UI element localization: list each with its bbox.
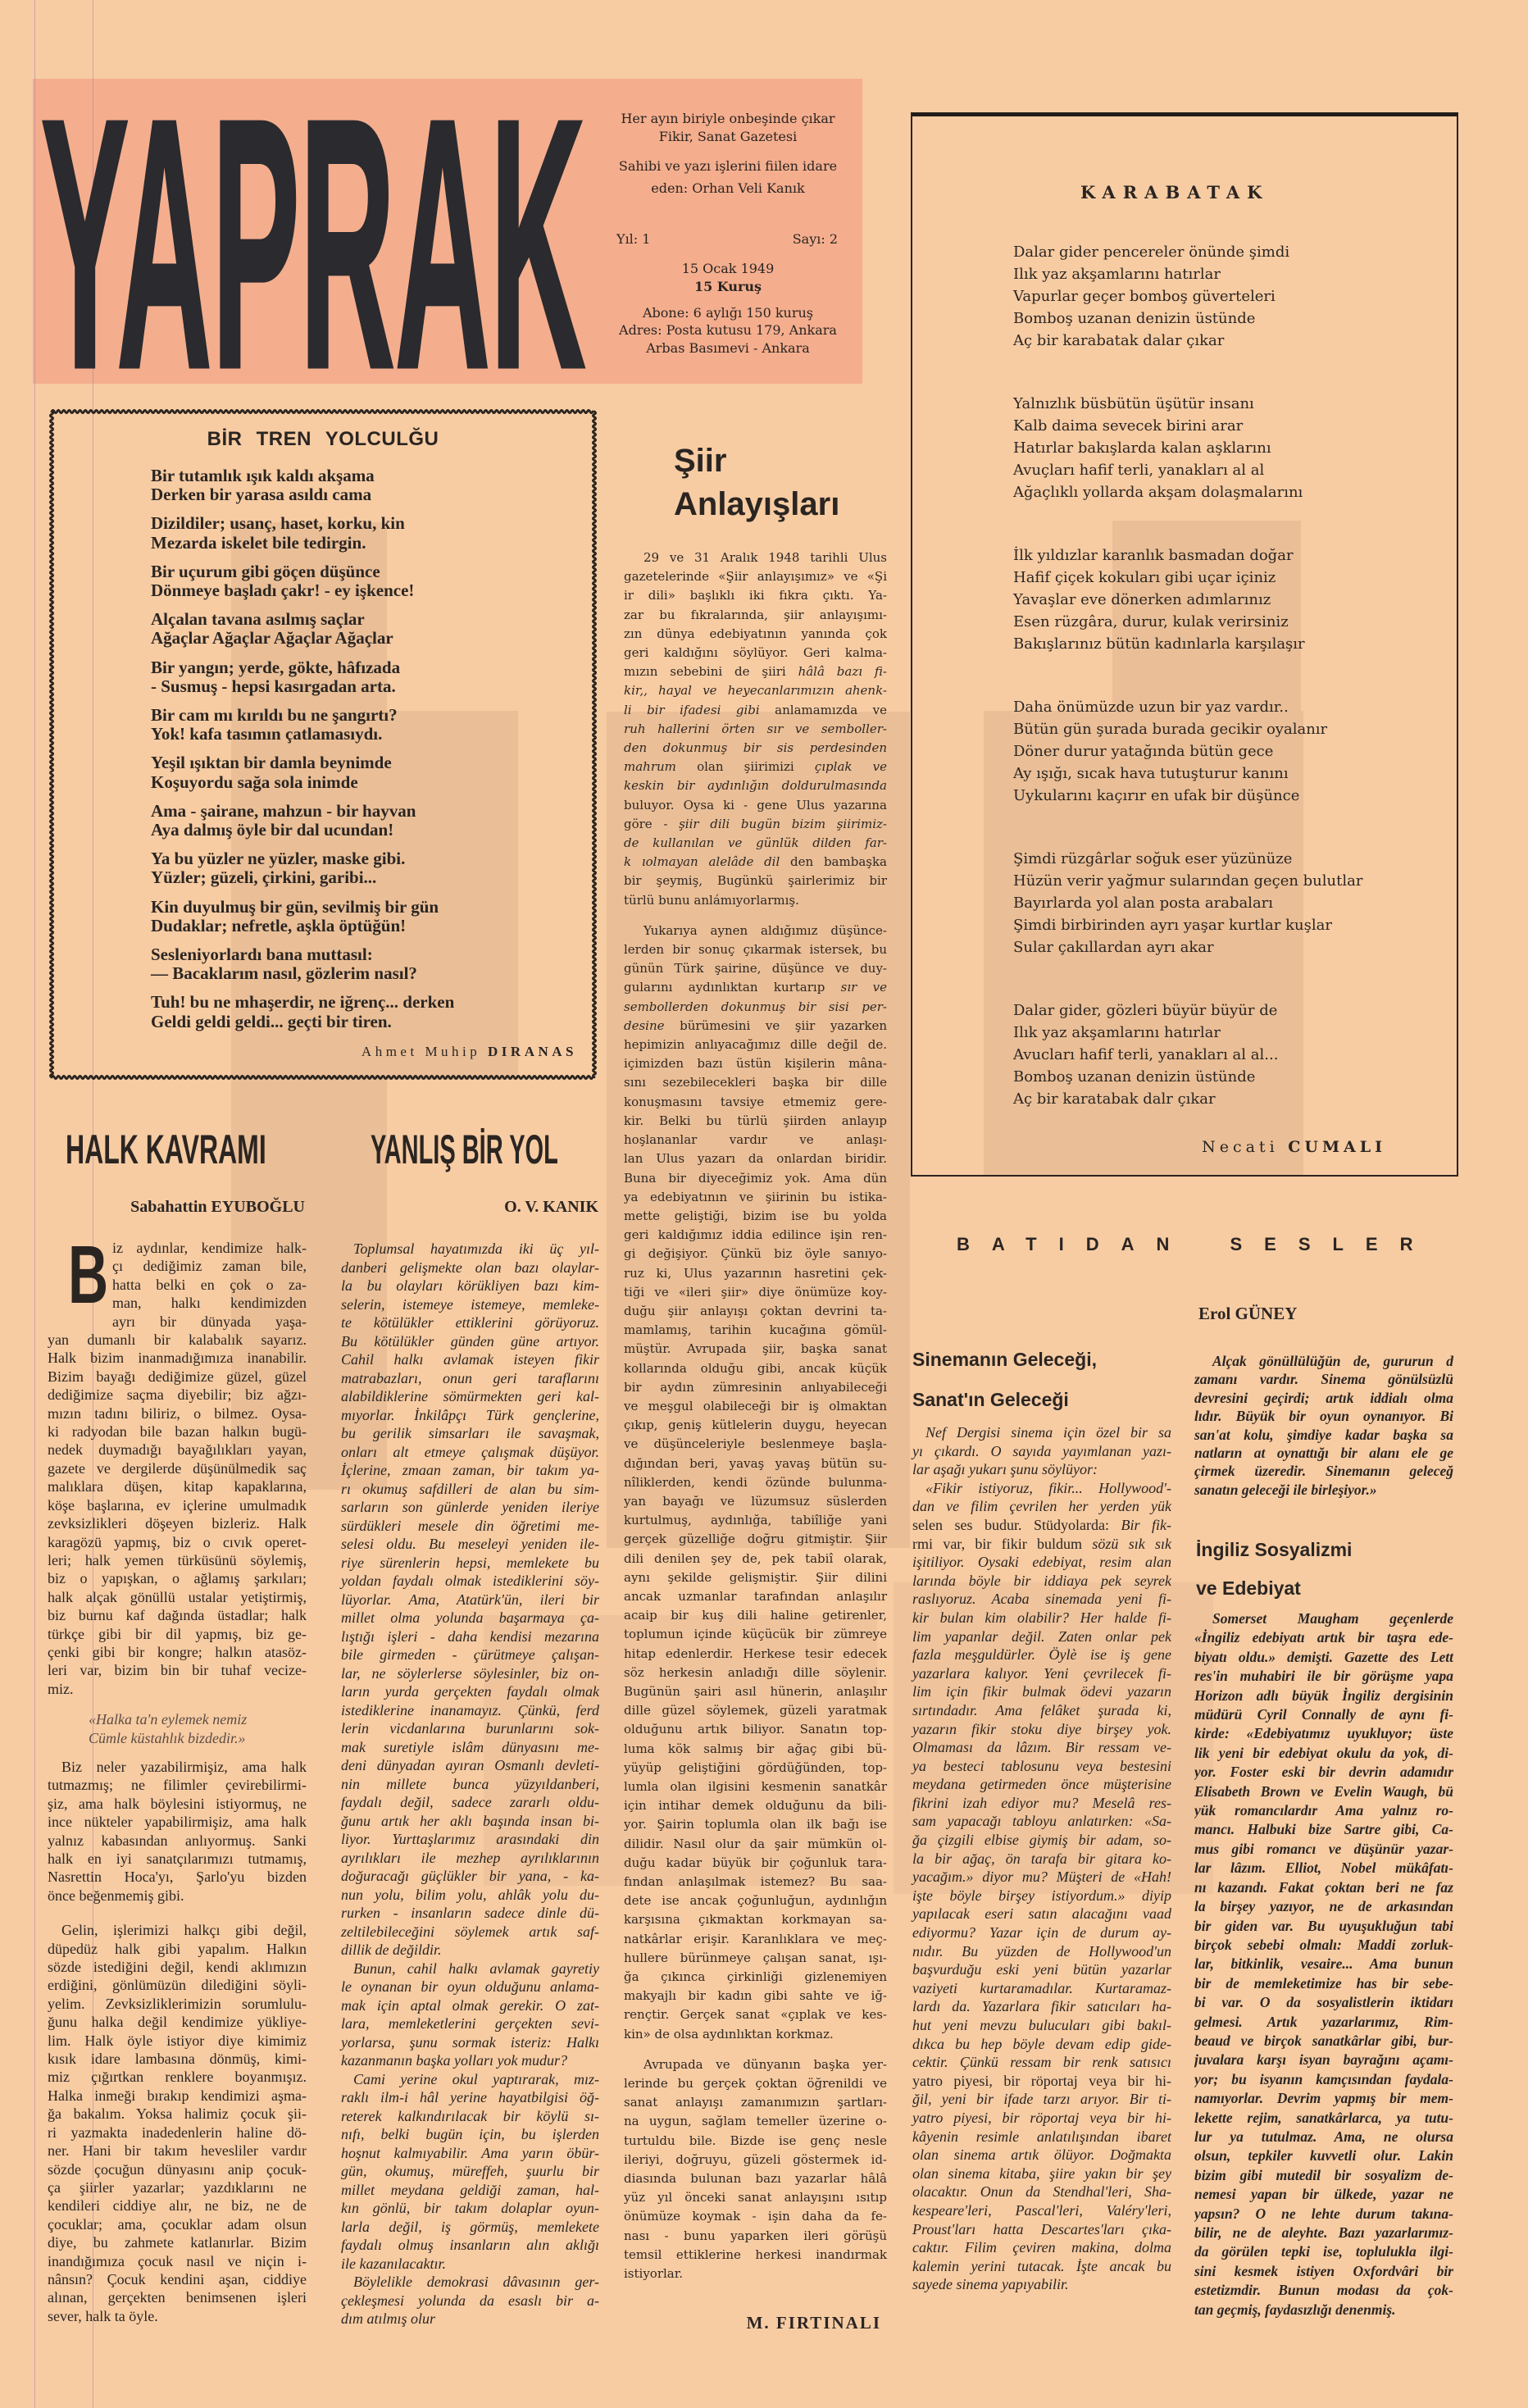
text-line: Nef Dergisi sinema için özel bir sa bbox=[912, 1423, 1171, 1442]
text-line: sini kesmek istiyen Oxfordvâri bir bbox=[1194, 2262, 1453, 2281]
verse-line: Esen rüzgâra, durur, kulak verirsiniz bbox=[1013, 611, 1362, 633]
text-line: ğunu artık her aklı başında insan bi- bbox=[341, 1812, 599, 1831]
text-line: mamlamış, tarihin kucağına gömül- bbox=[624, 1321, 887, 1340]
paragraph: Bunun, cahil halkı avlamak gayretiyle oy… bbox=[341, 1960, 599, 2070]
text-line: selen ses budur. Stüdyolarda: Bir fik- bbox=[912, 1516, 1171, 1535]
masthead-address: Adres: Posta kutusu 179, Ankara bbox=[598, 321, 857, 339]
text-line: hepimizin anlıyacağımız dille değil de. bbox=[624, 1036, 887, 1054]
text-line: mızın tadını biliriz, o bilmez. Oysa- bbox=[48, 1404, 307, 1422]
text-line: dili denilen şey de, pek tabiî olarak, bbox=[624, 1550, 887, 1568]
text-line: yorlarsa, şunu sormak isteriz: Halkı bbox=[341, 2033, 599, 2052]
paragraph: Alçak gönüllülüğün de, gururun dzamanı v… bbox=[1194, 1352, 1453, 1499]
stanza: Sesleniyorlardı bana muttasıl:— Bacaklar… bbox=[151, 945, 454, 984]
text-run: göre - bbox=[624, 817, 679, 831]
text-line: ğa çıkınca çirkinliği gizlenemiyen bbox=[624, 1968, 887, 1987]
text-line: bilir, ne de aleyhte. Bazı yazarlarımız- bbox=[1194, 2224, 1453, 2242]
stanza: Tuh! bu ne mhaşerdir, ne iğrenç... derke… bbox=[151, 993, 454, 1031]
text-line: ğunu halka değil kendimize yükliye- bbox=[48, 2013, 307, 2031]
roman-run: yatro piyesi, bir röportaj veya bir hi- bbox=[912, 2073, 1171, 2089]
text-line: yı çıkardı. O sayıda yayımlanan yazı- bbox=[912, 1442, 1171, 1461]
text-line: acaip bir kuş dili haline getirenler, bbox=[624, 1606, 887, 1625]
text-line: ki radyodan bile bazan halkın bugü- bbox=[48, 1422, 307, 1441]
text-line: gerçek güzelliğe doğru gitmiştir. Şiir bbox=[624, 1530, 887, 1549]
text-line: ner. Hani bir takım hevesliler vardır bbox=[48, 2142, 307, 2160]
text-line: den dokunmuş bir sis perdesinden bbox=[624, 739, 887, 758]
verse-line: Avuçları hafif terli, yanakları al al bbox=[1013, 459, 1362, 481]
text-line: bizim gibi mutedil bir sosyalizm de- bbox=[1194, 2166, 1453, 2185]
text-line: lardı da. Yazarlara fikir satıcıları ha- bbox=[912, 1997, 1171, 2016]
text-line: bir şeymiş, Bugünkü şairlerimiz bir bbox=[624, 872, 887, 890]
text-line: da görülen tepki ise, toplulukla ilgi- bbox=[1194, 2242, 1453, 2261]
text-line: inandığımıza çocuk nasıl ve niçin i- bbox=[48, 2252, 307, 2270]
text-line: işte böyle birşey istiyordum.» diyip bbox=[912, 1887, 1171, 1905]
verse-line: Şimdi rüzgârlar soğuk eser yüzünüze bbox=[1013, 848, 1362, 870]
verse-line: Kalb daima sevecek birini arar bbox=[1013, 415, 1362, 437]
text-line: ruh hallerini örten sır ve semboller- bbox=[624, 720, 887, 739]
article-title: YANLIŞ BİR YOL bbox=[371, 1129, 558, 1170]
text-line: juvalara karşı isyan bayrağını açamı- bbox=[1194, 2051, 1453, 2069]
text-line: Proust'ları hatta Descartes'ları çıka- bbox=[912, 2220, 1171, 2239]
paragraph: «Fikir istiyoruz, fikir... Hollywood'-da… bbox=[912, 1479, 1171, 2294]
text-line: ayrılıkları ile mezhep ayrılıklarının bbox=[341, 1849, 599, 1868]
italic-run: ruh hallerini örten sır ve semboller- bbox=[624, 721, 887, 736]
text-line: kir bulan kim olabilir? Her halde fi- bbox=[912, 1609, 1171, 1627]
text-line: olacaktır. Onun da Stendhal'leri, Sha- bbox=[912, 2183, 1171, 2201]
text-line: yan dumanlı bir kalabalık sayarız. bbox=[48, 1331, 307, 1349]
text-line: gün, okumuş, müreffeh, şuurlu bir bbox=[341, 2162, 599, 2181]
text-line: köşe başlarına, ev içlerine umulmadık bbox=[48, 1496, 307, 1514]
text-line: mahrum olan şiirimizi çıplak ve bbox=[624, 758, 887, 776]
text-line: halk en iyi sanatçılarımızı tutmamış, bbox=[48, 1850, 307, 1868]
text-line: onları alt etmeye çalışmak düşüyor. bbox=[341, 1443, 599, 1462]
text-line: faydalı değil, sadece zararlı oldu- bbox=[341, 1793, 599, 1812]
text-line: lar, bitkinlik, vesaire... Ama bunun bbox=[1194, 1955, 1453, 1973]
text-line: lan Ulus yazarı da onlardan biridir. bbox=[624, 1149, 887, 1168]
text-line: makyajlı bir kadın gibi sahte ve iğ- bbox=[624, 1987, 887, 2005]
text-line: yatro piyesi, bir röportaj veya bir hi- bbox=[912, 2072, 1171, 2091]
text-run: den bambaşka bbox=[780, 854, 887, 869]
text-line: «Halka ta'n eylemek nemiz bbox=[89, 1710, 307, 1728]
text-line: önce beğenmemiş gibi. bbox=[48, 1887, 307, 1905]
text-line: dilidir. Nasıl olur da şair mümkün ol- bbox=[624, 1835, 887, 1854]
text-line: beaud ve birçok sanatkârlar gibi, bur- bbox=[1194, 2032, 1453, 2051]
verse-line: Dalar gider pencereler önünde şimdi bbox=[1013, 241, 1362, 263]
masthead-tagline: Her ayın biriyle onbeşinde çıkar bbox=[598, 110, 857, 128]
italic-run: şiir dili bugün bizim şiirimiz- bbox=[679, 817, 887, 831]
text-line: göre - şiir dili bugün bizim şiirimiz- bbox=[624, 815, 887, 834]
text-line: lar aşağı yukarı şunu söylüyor: bbox=[912, 1460, 1171, 1479]
text-line: luma kök salmış bir ağaç gibi bü- bbox=[624, 1740, 887, 1759]
text-line: temsil ettiklerine herkesi inandırmak bbox=[624, 2246, 887, 2265]
text-line: Halk bizim inanmadığımıza inanabilir. bbox=[48, 1349, 307, 1367]
section-title: BATIDAN SESLER bbox=[957, 1234, 1435, 1255]
text-line: hitap edenlerdir. Herkese tesir edecek bbox=[624, 1645, 887, 1664]
text-line: mette geliştiği, bizim ise bu yolda bbox=[624, 1207, 887, 1226]
text-line: larla değil, iş görmüş, memlekete bbox=[341, 2218, 599, 2237]
verse-line: Uykularını kaçırır en ufak bir düşünce bbox=[1013, 785, 1362, 807]
text-line: natların at oynattığı bir alanı ele ge bbox=[1194, 1444, 1453, 1462]
masthead-owner-label: Sahibi ve yazı işlerini fiilen idare bbox=[598, 157, 857, 175]
text-line: Avrupada ve dünyanın başka yer- bbox=[624, 2055, 887, 2074]
text-line: nıdır. Bu yüzden de Hollywood'un bbox=[912, 1942, 1171, 1961]
text-line: gelmesi. Artık yazarlarımız, Rim- bbox=[1194, 2013, 1453, 2032]
text-line: nedek duymadığı bayağılıkları yayan, bbox=[48, 1441, 307, 1459]
text-line: Yukarıya aynen aldığımız düşünce- bbox=[624, 922, 887, 940]
text-line: gi değişiyor. Çünkü biz öyle sanıyo- bbox=[624, 1245, 887, 1263]
text-line: selerin, istemeye istemeye, memleke- bbox=[341, 1295, 599, 1314]
text-line: ri yazmakta inadedenlerin haline dö- bbox=[48, 2124, 307, 2142]
text-line: la birşey yazıyor, ne de arkasından bbox=[1194, 1897, 1453, 1916]
author-given-name: Ahmet Muhip bbox=[362, 1044, 480, 1059]
verse-line: Ilık yaz akşamlarını hatırlar bbox=[1013, 263, 1362, 285]
text-line: bile girmeden - çürütmeye çalışan- bbox=[341, 1646, 599, 1664]
text-line: caktır. Filim çeviren makina, dolma bbox=[912, 2238, 1171, 2257]
text-line: bir aydın zümresinin anlıyabileceği bbox=[624, 1378, 887, 1397]
text-line: lar lâzım. Elliot, Nobel mükâfatı- bbox=[1194, 1859, 1453, 1878]
text-line: dediğimize saçma diyebilir; biz ağzı- bbox=[48, 1386, 307, 1404]
paragraph: Somerset Maugham geçenlerde«İngiliz edeb… bbox=[1194, 1609, 1453, 2319]
verse-line: Bir yangın; yerde, gökte, hâfızada bbox=[151, 658, 454, 677]
text-line: sayede sinema yapıyabilir. bbox=[912, 2275, 1171, 2294]
paragraph: Biz neler yazabilirmişiz, ama halktutmaz… bbox=[48, 1758, 307, 1905]
text-line: keskin bir aydınlığın doldurulmasında bbox=[624, 776, 887, 795]
text-line: doğuracağı güçlükler bir yana, - ka- bbox=[341, 1867, 599, 1886]
stanza: Yeşil ışıktan bir damla beynimdeKoşuyord… bbox=[151, 753, 454, 792]
text-line: yapsın? O ne lehte durum takına- bbox=[1194, 2205, 1453, 2224]
poem-title: BİR TREN YOLCULĞU bbox=[48, 427, 598, 452]
text-line: alabildiklerine sömürmekten geri kal- bbox=[341, 1387, 599, 1406]
text-line: devresini geçirdi; artık iddialı olma bbox=[1194, 1389, 1453, 1407]
text-line: rençtir. Gerçek sanat «çıplak ve kes- bbox=[624, 2005, 887, 2024]
text-line: zar bu fıkralarında, şiir anlayışımı- bbox=[624, 606, 887, 625]
text-line: bu gerilik simsarları ile savaşmak, bbox=[341, 1424, 599, 1443]
text-line: lumla olan ilgisini kesmenin sanatkâr bbox=[624, 1778, 887, 1796]
text-line: lar, ne söylerlerse söylesinler, biz on- bbox=[341, 1664, 599, 1683]
stanza: Bir yangın; yerde, gökte, hâfızada- Susm… bbox=[151, 658, 454, 697]
text-line: la bu olayları körükliyen bazı kim- bbox=[341, 1277, 599, 1295]
verse-line: Bakışlarınız bütün kadınlarla karşılaşır bbox=[1013, 633, 1362, 655]
verse-line: Derken bir yarasa asıldı cama bbox=[151, 485, 454, 504]
verse-line: Ağaçlıklı yollarda akşam dolaşmalarını bbox=[1013, 481, 1362, 503]
text-line: nemesi yapan bir ülkede, yazar ne bbox=[1194, 2185, 1453, 2204]
text-line: Alçak gönüllülüğün de, gururun d bbox=[1194, 1352, 1453, 1370]
verse-line: Tuh! bu ne mhaşerdir, ne iğrenç... derke… bbox=[151, 993, 454, 1012]
text-run: sözü sık sık bbox=[1092, 1536, 1171, 1552]
italic-run: li bir ifadesi gibi bbox=[624, 703, 760, 717]
verse-line: Yavaşlar eve dönerken adımlarınız bbox=[1013, 589, 1362, 611]
article-title-line1: Sinemanın Geleceği, bbox=[912, 1348, 1097, 1371]
masthead-logo: YAPRAK bbox=[36, 98, 593, 377]
article-yanlis-bir-yol: Toplumsal hayatımızda iki üç yıl-danberi… bbox=[341, 1240, 599, 2328]
text-line: ruz ki, Ulus yazarının hasretini çek- bbox=[624, 1264, 887, 1283]
text-line: vaziyeti kurtaramadılar. Kurtaramaz- bbox=[912, 1979, 1171, 1998]
text-line: raklı ilm-i hâl yerine hayatbilgisi öğ- bbox=[341, 2088, 599, 2107]
text-line: hoşnut kalmıyabilir. Ama yarın öbür- bbox=[341, 2144, 599, 2163]
text-line: lerinde bu gerçek çoktan öğrenildi ve bbox=[624, 2074, 887, 2093]
text-line: kespeare'leri, Pascal'leri, Valéry'leri, bbox=[912, 2201, 1171, 2220]
text-line: kısık idare lambasına dönmüş, kimi- bbox=[48, 2050, 307, 2068]
text-line: de kullanılan ve günlük dilden far- bbox=[624, 834, 887, 853]
text-line: çirmek üzeredir. Sinemanın geleceğ bbox=[1194, 1462, 1453, 1480]
text-line: tutmazmış; ne filimler çevirebilirmi- bbox=[48, 1776, 307, 1794]
text-line: nıfı, belki bugün için, bu işlerden bbox=[341, 2125, 599, 2144]
stanza: Bir cam mı kırıldı bu ne şangırtı?Yok! k… bbox=[151, 706, 454, 744]
text-line: desine bürümesini ve şiir yazarken bbox=[624, 1017, 887, 1036]
text-line: leri; halk yemen türküsünü söylemiş, bbox=[48, 1551, 307, 1569]
poem-bir-tren-yolculugu: BİR TREN YOLCULĞU Bir tutamlık ışık kald… bbox=[48, 407, 598, 1081]
text-line: Cami yerine okul yaptırarak, mız- bbox=[341, 2070, 599, 2089]
text-line: alınan, gerçekten benimsenen işleri bbox=[48, 2288, 307, 2306]
text-line: te kötülükler ettiklerini görüyoruz. bbox=[341, 1313, 599, 1332]
verse-line: — Bacaklarım nasıl, gözlerim nasıl? bbox=[151, 964, 454, 983]
paragraph: Nef Dergisi sinema için özel bir sayı çı… bbox=[912, 1423, 1171, 1479]
logo-wordmark: YAPRAK bbox=[41, 45, 585, 442]
text-line: turtuldu bile. Bizde ise genç nesle bbox=[624, 2132, 887, 2151]
verse-line: Yeşil ışıktan bir damla beynimde bbox=[151, 753, 454, 772]
text-line: kalemin yerini tutacak. İşte ancak bu bbox=[912, 2257, 1171, 2276]
text-line: reterek kalkındırılacak bir köylü sı- bbox=[341, 2107, 599, 2126]
verse-line: Ilık yaz akşamlarını hatırlar bbox=[1013, 1022, 1362, 1044]
masthead-date: 15 Ocak 1949 bbox=[598, 260, 857, 278]
text-line: la bir ağaç, ön tarafa bir gitara ko- bbox=[912, 1850, 1171, 1869]
text-line: ya besteci tablosunu veya bestesini bbox=[912, 1757, 1171, 1776]
article-title-line1: Şiir bbox=[674, 444, 726, 477]
verse-line: Avucları hafif terli, yanakları al al... bbox=[1013, 1044, 1362, 1066]
text-line: birçok sebebi olmalı: Maddi zorluk- bbox=[1194, 1936, 1453, 1955]
text-line: Bu kötülükler günden güne artıyor. bbox=[341, 1332, 599, 1351]
masthead-year: Yıl: 1 bbox=[616, 231, 650, 247]
text-line: malıklara düşen, kitap kapaklarına, bbox=[48, 1477, 307, 1495]
text-line: cektir. Çünkü ressam bir renk satısıcı bbox=[912, 2053, 1171, 2072]
text-line: halk alçak gönüllü ustalar yetiştirmiş, bbox=[48, 1588, 307, 1606]
text-line: res'in muhabiri ile bir görüşme yapa bbox=[1194, 1667, 1453, 1686]
text-line: mancı. Halbuki bize Sartre gibi, Ca- bbox=[1194, 1820, 1453, 1839]
text-line: yor. Şairin toplumla olan ilk bağı ise bbox=[624, 1815, 887, 1834]
masthead-subscription: Abone: 6 aylığı 150 kuruş bbox=[598, 304, 857, 322]
text-line: yalnız kabasından anlıyormuş. Sanki bbox=[48, 1832, 307, 1850]
text-line: nı kazandı. Fakat çoktan beri ne faz bbox=[1194, 1878, 1453, 1897]
text-line: ğil, yeni bir ifade tarzı arıyor. Bir ti… bbox=[912, 2090, 1171, 2109]
text-line: dille güzel söylemek, güzeli yaratmak bbox=[624, 1701, 887, 1720]
text-line: tiği ve «ileri şiir» diye önümüze koy- bbox=[624, 1283, 887, 1302]
paragraph: Gelin, işlerimizi halkçı gibi değil,düpe… bbox=[48, 1921, 307, 2325]
text-line: Elisabeth Brown ve Evelin Waugh, bü bbox=[1194, 1782, 1453, 1801]
stanza: Alçalan tavana asılmış saçlarAğaçlar Ağa… bbox=[151, 610, 454, 649]
text-line: biyatı oldu.» demişti. Gazette des Lett bbox=[1194, 1648, 1453, 1667]
article-title-line1: İngiliz Sosyalizmi bbox=[1196, 1538, 1352, 1561]
roman-run: rmi var, bir fikir buldum bbox=[912, 1536, 1092, 1552]
text-line: hoşlananlar vardır ve anlaşı- bbox=[624, 1131, 887, 1149]
italic-run: mahrum bbox=[624, 759, 676, 774]
verse-line: Hafif çiçek kokuları gibi uçar içiniz bbox=[1013, 567, 1362, 589]
verse-line: Aç bir karabatak dalar çıkar bbox=[1013, 330, 1362, 352]
paragraph: 29 ve 31 Aralık 1948 tarihli Ulusgazetel… bbox=[624, 549, 887, 910]
text-line: tan geçmiş, faydasızlığı denenmiş. bbox=[1194, 2301, 1453, 2319]
verse-line: Yalnızlık büsbütün üşütür insanı bbox=[1013, 393, 1362, 415]
text-line: estetizmdir. Bunun modası da çok- bbox=[1194, 2281, 1453, 2300]
text-line: ların yurda gerçekten faydalı olmak bbox=[341, 1682, 599, 1701]
text-line: nîliklerden, kendi özünde bulunma- bbox=[624, 1473, 887, 1492]
paragraph: Cami yerine okul yaptırarak, mız-raklı i… bbox=[341, 2070, 599, 2274]
masthead-issue: Sayı: 2 bbox=[793, 230, 838, 248]
text-line: Cahil halkı avlamak isteyen fikir bbox=[341, 1350, 599, 1369]
verse-line: Bütün gün şurada burada gecikir oyalanır bbox=[1013, 718, 1362, 740]
text-line: lekette rejim, sanatkârlarca, ya tutu- bbox=[1194, 2109, 1453, 2128]
text-line: konuşmasını tavsiye etmemiz gere- bbox=[624, 1093, 887, 1112]
masthead-volume-row: Yıl: 1 Sayı: 2 bbox=[616, 230, 838, 248]
text-line: liyor. Yurttaşlarımız arasındaki din bbox=[341, 1830, 599, 1849]
article-title-line2: Anlayışları bbox=[674, 488, 839, 521]
text-line: miz. bbox=[48, 1680, 307, 1698]
text-line: sözde istediğini değil, kendi aklımızın bbox=[48, 1958, 307, 1976]
paragraph: Böylelikle demokrasi dâvasının ger-çekle… bbox=[341, 2273, 599, 2328]
stanza: Kin duyulmuş bir gün, sevilmiş bir günDu… bbox=[151, 898, 454, 936]
verse-line: Kin duyulmuş bir gün, sevilmiş bir gün bbox=[151, 898, 454, 917]
text-line: olsun, tepkiler kuvvetli olur. Lakin bbox=[1194, 2146, 1453, 2165]
text-line: Böylelikle demokrasi dâvasının ger- bbox=[341, 2273, 599, 2292]
text-line: k ıolmayan alelâde dil den bambaşka bbox=[624, 853, 887, 872]
text-line: aynı şekilde gelişmiştir. Şiir dilini bbox=[624, 1568, 887, 1587]
text-line: gazetelerinde «Şiir anlayışımız» ve «Şi bbox=[624, 567, 887, 586]
text-line: içimizden bazı üstün kişilerin mâna- bbox=[624, 1054, 887, 1073]
text-line: istediklerine inanamayız. Çünkü, ferd bbox=[341, 1701, 599, 1720]
text-line: sırtındadır. Ama felâket şurada ki, bbox=[912, 1701, 1171, 1720]
text-run: anlamamızda ve bbox=[760, 703, 887, 717]
text-line: olan sinema artık ölüyor. Doğmakta bbox=[912, 2146, 1171, 2164]
text-line: 29 ve 31 Aralık 1948 tarihli Ulus bbox=[624, 549, 887, 567]
text-line: dete ise ancak çoğunluğun, aydınlığın bbox=[624, 1891, 887, 1910]
text-line: «İngiliz edebiyatı artık bir taşra ede- bbox=[1194, 1628, 1453, 1647]
text-line: yoldan faydalı olmak istediklerini söy- bbox=[341, 1572, 599, 1591]
verse-line: Ya bu yüzler ne yüzler, maske gibi. bbox=[151, 849, 454, 868]
text-line: çocuklar; ama, çocuklar adam olsun bbox=[48, 2215, 307, 2233]
text-line: söz herkesin anladığı dille söylenir. bbox=[624, 1664, 887, 1682]
verse-line: Koşuyordu sağa sola inimde bbox=[151, 773, 454, 792]
text-line: nası - bunu yaparken ileri görüşü bbox=[624, 2227, 887, 2246]
text-line: deni dünyadan ayıran Osmanlı devleti- bbox=[341, 1756, 599, 1775]
text-line: zeltilebileceğini söylemek artık saf- bbox=[341, 1923, 599, 1941]
stanza: Dalar gider pencereler önünde şimdiIlık … bbox=[1013, 241, 1362, 352]
stanza: Şimdi rüzgârlar soğuk eser yüzünüzeHüzün… bbox=[1013, 848, 1362, 958]
text-line: ile kazanılacaktır. bbox=[341, 2255, 599, 2274]
text-line: yacağım.» diyor mu? Müşteri de «Hah! bbox=[912, 1868, 1171, 1887]
text-line: lüyorlar. Ama, Atatürk'ün, ileri bir bbox=[341, 1591, 599, 1609]
text-line: namıyorlar. Devrim yapmış bir mem- bbox=[1194, 2089, 1453, 2108]
verse-line: Yok! kafa tasımın çatlamasıydı. bbox=[151, 725, 454, 744]
masthead-subtitle: Fikir, Sanat Gazetesi bbox=[598, 128, 857, 146]
text-line: çenki gibi bir kongre; halkın atasöz- bbox=[48, 1643, 307, 1661]
text-line: millet meydana geldiği zaman, hal- bbox=[341, 2181, 599, 2200]
text-line: millet olma yolunda başarmaya ça- bbox=[341, 1609, 599, 1627]
text-line: Biz neler yazabilirmişiz, ama halk bbox=[48, 1758, 307, 1776]
text-line: na uygun, sağlam temeller üzerine o- bbox=[624, 2112, 887, 2131]
text-line: kâyenin resimle anlatılışından ibaret bbox=[912, 2128, 1171, 2146]
text-line: Horizon adlı büyük İngiliz dergisinin bbox=[1194, 1687, 1453, 1705]
text-line: zamanı vardır. Sinema gönülsüzlü bbox=[1194, 1370, 1453, 1388]
text-line: kin» de olsa aydınlıktan korkmaz. bbox=[624, 2025, 887, 2044]
text-line: Bizim bayağı dediğimize güzel, güzel bbox=[48, 1368, 307, 1386]
verse-line: Ağaçlar Ağaçlar Ağaçlar Ağaçlar bbox=[151, 629, 454, 648]
text-run: gularını aydınlıktan kurtarıp bbox=[624, 980, 841, 995]
text-line: yük romancılardır Ama yalnız ro- bbox=[1194, 1801, 1453, 1820]
text-line: meydana getirmeden önce müşterisine bbox=[912, 1775, 1171, 1794]
text-line: fikrini izah ediyor mu? Meselâ res- bbox=[912, 1794, 1171, 1813]
text-line: bi var. O da sosyalistlerin iktidarı bbox=[1194, 1993, 1453, 2012]
text-line: rmi var, bir fikir buldum sözü sık sık bbox=[912, 1535, 1171, 1554]
text-line: buluyor. Oysa ki - gene Ulus yazarına bbox=[624, 796, 887, 815]
binding-rule-line bbox=[34, 0, 35, 2408]
verse-line: Hüzün verir yağmur sularından geçen bulu… bbox=[1013, 870, 1362, 892]
text-line: zın dünya edebiyatının yanında çok bbox=[624, 625, 887, 644]
text-line: Halka inmeği bırakıp kendimizi aşma- bbox=[48, 2087, 307, 2105]
text-line: önümüze koymak - işin daha da fe- bbox=[624, 2207, 887, 2226]
text-line: kendileri ciddiye alır, ne biz, ne de bbox=[48, 2196, 307, 2215]
verse-line: Daha önümüzde uzun bir yaz vardır.. bbox=[1013, 696, 1362, 718]
text-line: ya edebiyatının ve şiirinin bu istika- bbox=[624, 1188, 887, 1207]
text-line: türlü bunu anlámıyorlarmış. bbox=[624, 891, 887, 910]
text-line: olan sinema kitaba, şiire yakın bir şey bbox=[912, 2164, 1171, 2183]
text-line: hullere bürünmeye çalışan sanat, ışı- bbox=[624, 1949, 887, 1968]
text-line: yüyüp geliştiğini gördüğünden, top- bbox=[624, 1759, 887, 1778]
poem-karabatak: KARABATAK Dalar gider pencereler önünde … bbox=[911, 112, 1458, 1177]
masthead-printer: Arbas Basımevi - Ankara bbox=[598, 339, 857, 357]
verse-line: Sesleniyorlardı bana muttasıl: bbox=[151, 945, 454, 964]
article-author: O. V. KANIK bbox=[341, 1197, 598, 1217]
masthead-price: 15 Kuruş bbox=[598, 278, 857, 296]
italic-run: de kullanılan ve günlük dilden far- bbox=[624, 835, 887, 850]
text-line: leri var, bizim bin bir tuhaf vecize- bbox=[48, 1661, 307, 1679]
stanza: Dizildiler; usanç, haset, korku, kinMeza… bbox=[151, 514, 454, 553]
text-line: mıyorlar. İnkilâpçı Türk gençlerine, bbox=[341, 1406, 599, 1425]
text-line: sarların son günlerde yeniden ileriye bbox=[341, 1498, 599, 1517]
text-line: lerin vicdanlarına burunlarını sok- bbox=[341, 1719, 599, 1738]
text-line: ir dili» başlıklı iki fıkra çıktı. Ya- bbox=[624, 586, 887, 605]
text-line: sürdükleri mesele din öğretimi me- bbox=[341, 1517, 599, 1536]
text-line: matrabazları, onun geri taraflarını bbox=[341, 1369, 599, 1388]
text-line: geri kaldığını söylüyor. Geri kalma- bbox=[624, 644, 887, 662]
text-line: ileriyi, doğruyu, güzeli göstermek id- bbox=[624, 2151, 887, 2169]
text-line: kollarında olduğu gibi, ancak küçük bbox=[624, 1359, 887, 1378]
text-line: lıdır. Büyük bir oyun oynanıyor. Bi bbox=[1194, 1407, 1453, 1425]
poem-body: Bir tutamlık ışık kaldı akşamaDerken bir… bbox=[151, 467, 454, 1041]
text-line: hut yeni mevzu bulucuları gibi bakıl- bbox=[912, 2016, 1171, 2035]
text-line: rı okumuş safdilleri de alan bu sim- bbox=[341, 1480, 599, 1499]
text-line: sözde çocuğun dünyasını anip çocuk- bbox=[48, 2160, 307, 2178]
verse-line: Bomboş uzanan denizin üstünde bbox=[1013, 1066, 1362, 1088]
text-line: yapılacak eseri satın alacağını vaad bbox=[912, 1905, 1171, 1923]
text-line: f​azla meşguldürler. Öylè ise iş gene bbox=[912, 1646, 1171, 1664]
text-line: riye sürenlerin hepsi, memlekete bu bbox=[341, 1554, 599, 1573]
paragraph: Yukarıya aynen aldığımız düşünce-lerden … bbox=[624, 922, 887, 2044]
text-line: bir de memleketimize has bir sebe- bbox=[1194, 1974, 1453, 1993]
text-line: danberi gelişmekte olan bazı olaylar- bbox=[341, 1259, 599, 1277]
poem-title: KARABATAK bbox=[1080, 182, 1269, 203]
text-line: dillik de değildir. bbox=[341, 1941, 599, 1960]
text-line: miz çığırtkan renklere boyanmışız. bbox=[48, 2068, 307, 2086]
text-line: nun yolu, bilim yolu, ahlâk yolu du- bbox=[341, 1886, 599, 1905]
text-line: yüz yıl önceki sanat anlayışını ısıtıp bbox=[624, 2188, 887, 2207]
author-given-name: Necati bbox=[1202, 1138, 1279, 1156]
verse-line: Dönmeye başladı çakr! - ey işkence! bbox=[151, 581, 454, 600]
verse-line: Mezarda iskelet bile tedirgin. bbox=[151, 534, 454, 553]
verse-line: Bayırlarda yol alan posta arabaları bbox=[1013, 892, 1362, 914]
text-line: sını sezebilecekleri başka bir dille bbox=[624, 1073, 887, 1092]
text-line: lim için fikir bulmak ödevi yazarın bbox=[912, 1682, 1171, 1701]
text-line: Olmaması da lâzım. Bir ressam ve- bbox=[912, 1738, 1171, 1757]
text-line: nin millete bunca yüzyıldanberi, bbox=[341, 1775, 599, 1794]
verse-line: Bir tutamlık ışık kaldı akşama bbox=[151, 467, 454, 485]
text-line: Bunun, cahil halkı avlamak gayretiy bbox=[341, 1960, 599, 1978]
